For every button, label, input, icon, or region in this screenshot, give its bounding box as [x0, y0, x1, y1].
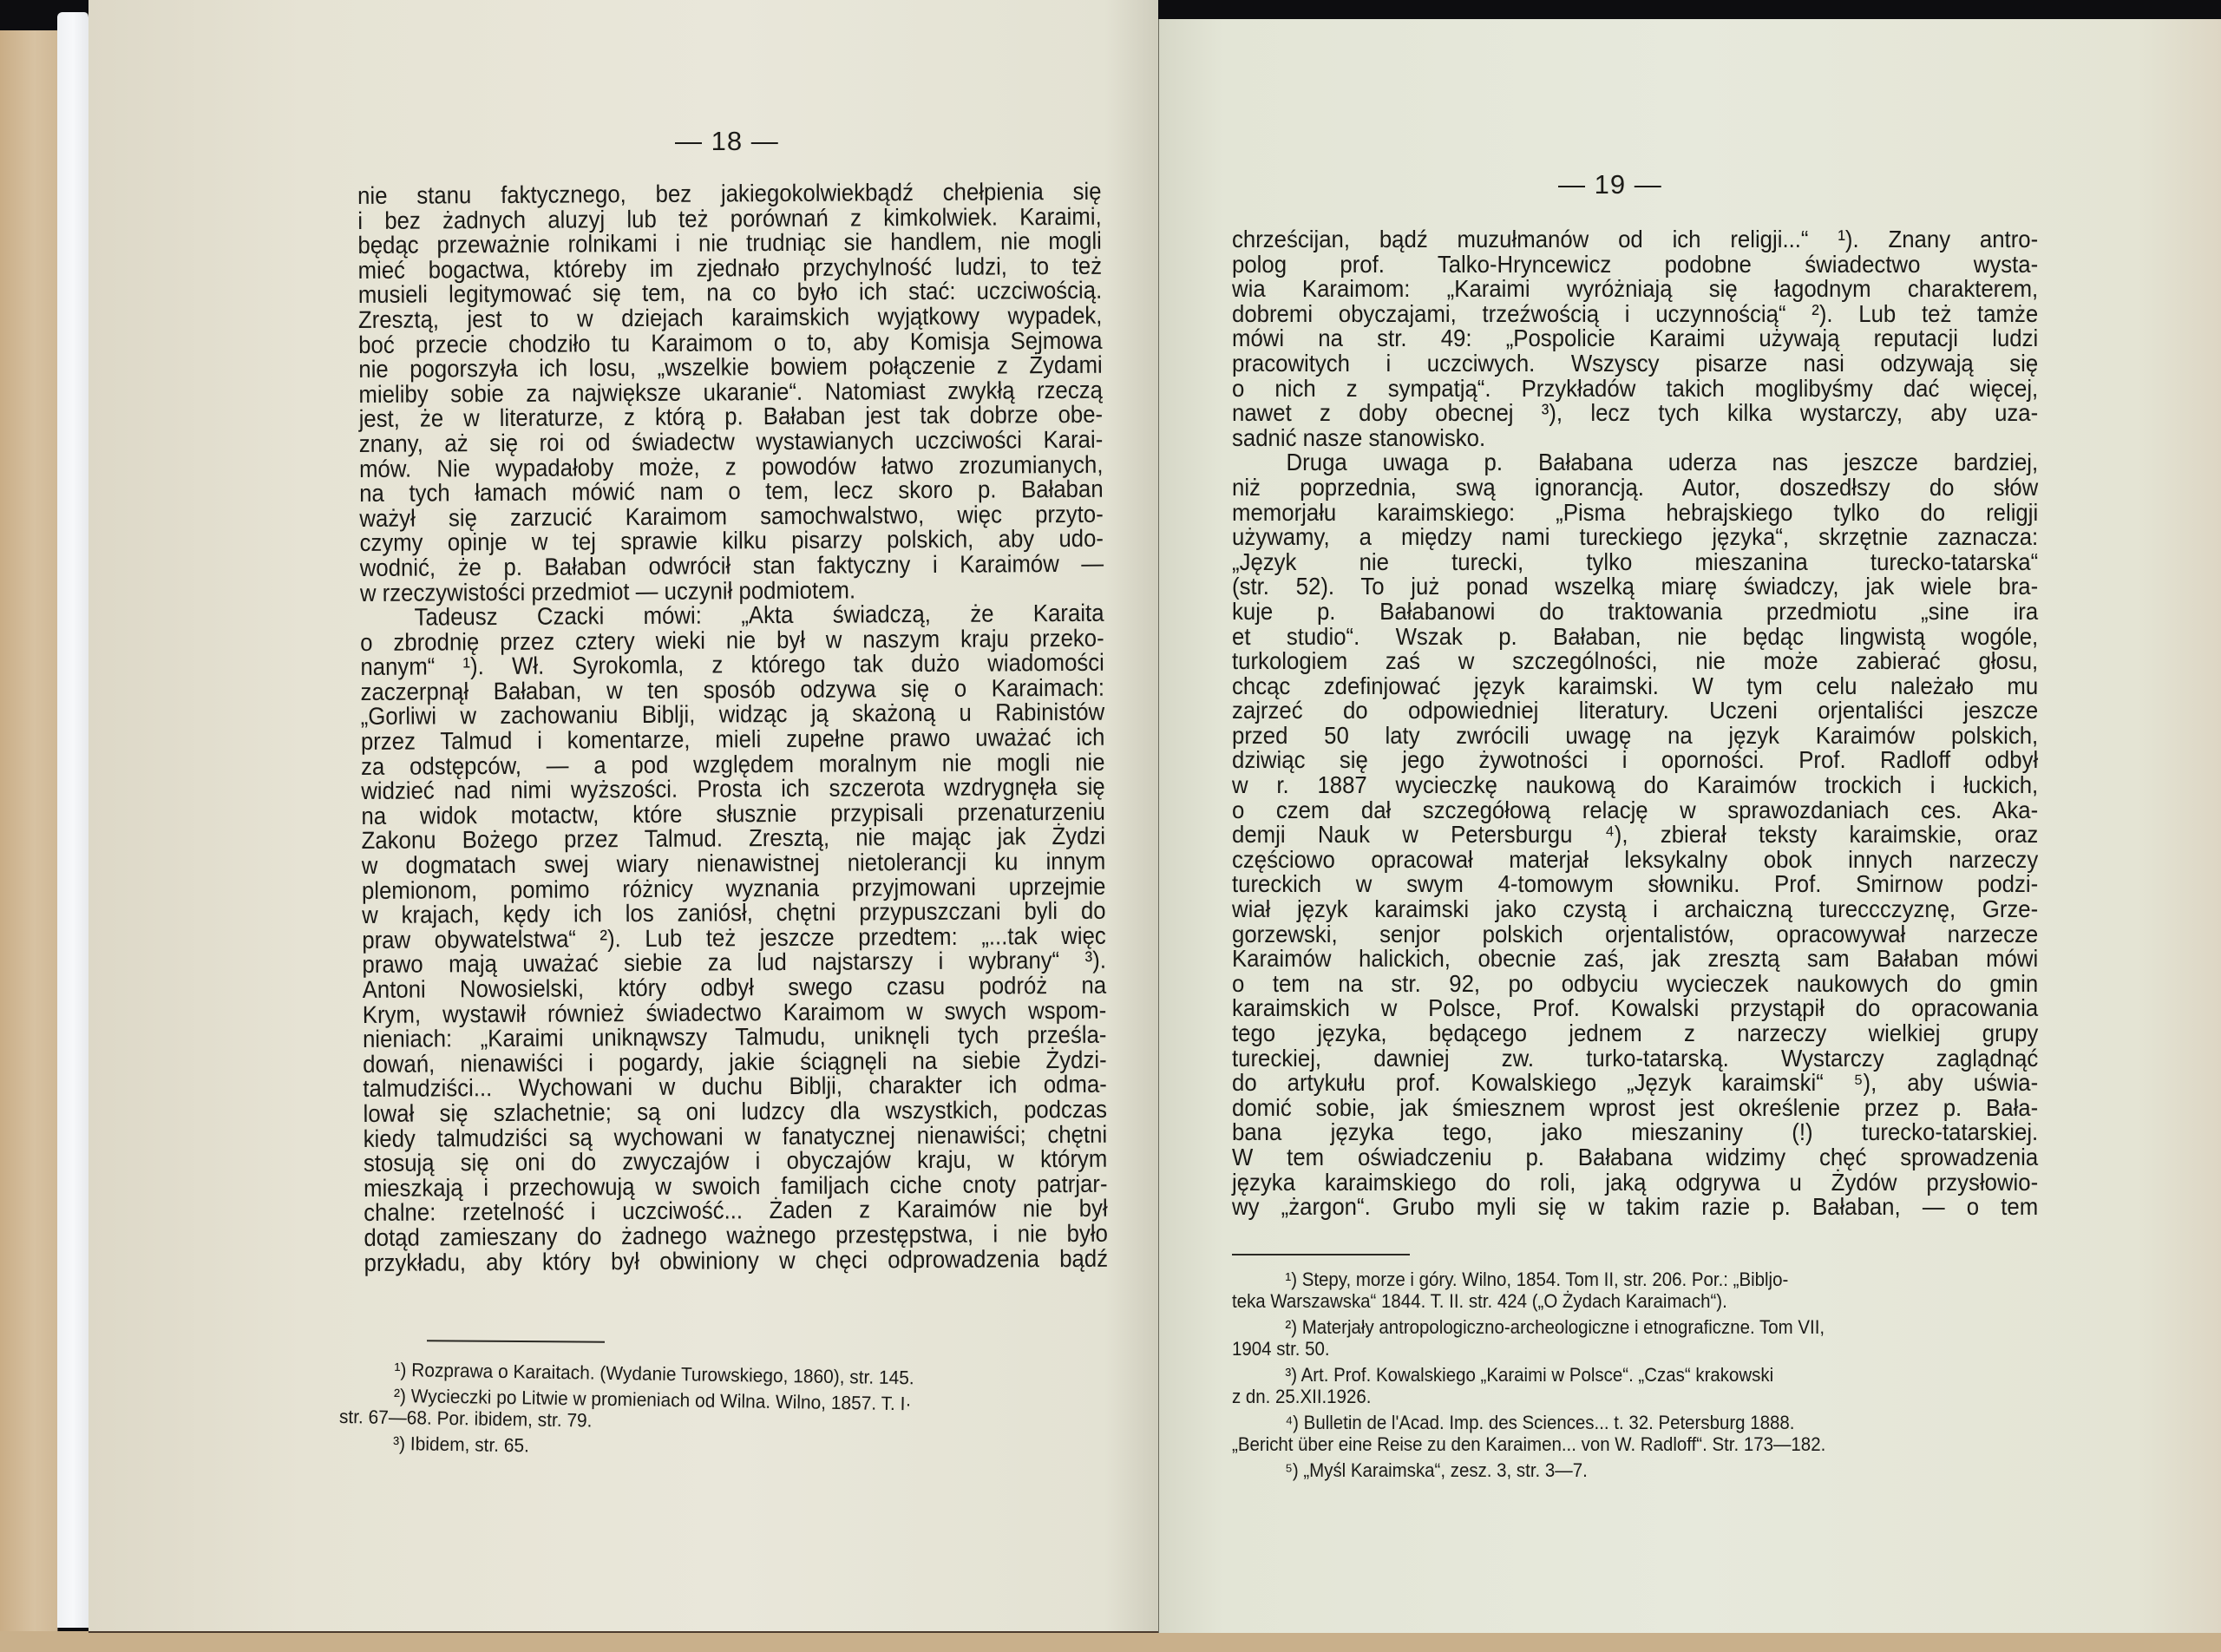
text-line: chcąc zdefinjować język karaimski. W tym… — [1232, 674, 2038, 699]
left-page-footnotes: ¹) Rozprawa o Karaitach. (Wydanie Turows… — [338, 1358, 1082, 1465]
book-spread: — 18 — nie stanu faktycznego, bez jakieg… — [0, 0, 2221, 1652]
text-line: Karaimów halickich, obecnie zaś, jak zre… — [1232, 947, 2038, 972]
footnote-text: Materjały antropologiczno-archeologiczne… — [1302, 1316, 1825, 1338]
text-line: w r. 1887 wycieczkę naukową do Karaimów … — [1232, 773, 2038, 798]
page-block-edge — [57, 12, 89, 1628]
footnote-text: Ibidem, str. 65. — [410, 1432, 529, 1456]
text-line: nawet z doby obecnej ³), lecz tych kilka… — [1232, 401, 2038, 426]
text-line: tego języka, będącego jednem z narzeczy … — [1232, 1021, 2038, 1046]
footnote-text: Stepy, morze i góry. Wilno, 1854. Tom II… — [1302, 1268, 1789, 1290]
left-page: — 18 — nie stanu faktycznego, bez jakieg… — [88, 0, 1158, 1633]
footnote-marker: ⁵) — [1285, 1459, 1303, 1481]
text-line: (str. 52). To już ponad wszelką miarę św… — [1232, 574, 2038, 600]
footnote-marker: ³) — [393, 1432, 410, 1454]
text-line: wia Karaimom: „Karaimi wyróżniają się ła… — [1232, 277, 2038, 302]
text-line: języka karaimskiego do roli, jaką odgryw… — [1232, 1170, 2038, 1196]
text-line: zajrzeć do odpowiedniej literatury. Ucze… — [1232, 698, 2038, 724]
footnote-line: ²) Materjały antropologiczno-archeologic… — [1232, 1316, 2039, 1338]
footnote-marker: ⁴) — [1285, 1412, 1303, 1433]
text-line: pracowitych i uczciwych. Wszyscy pisarze… — [1232, 351, 2038, 377]
footnote-line: z dn. 25.XII.1926. — [1232, 1386, 2039, 1407]
text-line: tureckich w swym 4-tomowym słowniku. Pro… — [1232, 872, 2038, 897]
text-line: dobremi obyczajami, trzeźwością i uczynn… — [1232, 302, 2038, 327]
footnote-marker: ³) — [1285, 1364, 1300, 1386]
footnote-text: z dn. 25.XII.1926. — [1232, 1386, 1371, 1407]
text-line: domić sobie, jak śmiesznem wprost jest o… — [1232, 1096, 2038, 1121]
footnote-marker: ¹) — [1285, 1268, 1301, 1290]
footnote-line: ⁴) Bulletin de l'Acad. Imp. des Sciences… — [1232, 1412, 2039, 1433]
footnote-line: „Bericht über eine Reise zu den Karaimen… — [1232, 1433, 2039, 1455]
book-cover-edge — [0, 30, 58, 1652]
text-line: turkologiem zaś w szczególności, nie moż… — [1232, 649, 2038, 674]
text-line: W tem oświadczeniu p. Bałabana widzimy c… — [1232, 1145, 2038, 1170]
text-line: bana języka tego, jako mieszaniny (!) tu… — [1232, 1120, 2038, 1145]
text-line: karaimskich w Polsce, Prof. Kowalski prz… — [1232, 996, 2038, 1021]
page-number-left: — 18 — — [675, 126, 779, 157]
text-line: o tem na str. 92, po odbyciu wycieczek n… — [1232, 972, 2038, 997]
right-page-body: chrześcijan, bądź muzułmanów od ich reli… — [1232, 227, 2038, 1220]
text-line: memorjału karaimskiego: „Pisma hebrajski… — [1232, 501, 2038, 526]
footnote-text: Art. Prof. Kowalskiego „Karaimi w Polsce… — [1301, 1364, 1774, 1386]
footnote-line: 1904 str. 50. — [1232, 1338, 2039, 1360]
cover-bottom-edge — [0, 1631, 2221, 1652]
text-line: przed 50 laty zwrócili uwagę na język Ka… — [1232, 724, 2038, 749]
right-page-footnotes: ¹) Stepy, morze i góry. Wilno, 1854. Tom… — [1232, 1268, 2039, 1481]
text-line: wiał język karaimski jako czystą i archa… — [1232, 897, 2038, 922]
footnote-text: Bulletin de l'Acad. Imp. des Sciences...… — [1304, 1412, 1795, 1433]
text-line: dziwiąc się jego żywotności i oporności.… — [1232, 748, 2038, 773]
text-line: niż poprzednia, swą ignorancją. Autor, d… — [1232, 475, 2038, 501]
text-line: „Język nie turecki, tylko mieszanina tur… — [1232, 550, 2038, 575]
footnote-text: str. 67—68. Por. ibidem, str. 79. — [339, 1406, 593, 1432]
text-line: używamy, a między nami tureckiego języka… — [1232, 525, 2038, 550]
text-line: do artykułu prof. Kowalskiego „Język kar… — [1232, 1071, 2038, 1096]
footnote-text: Rozprawa o Karaitach. (Wydanie Turowskie… — [411, 1359, 914, 1388]
footnote-separator-left — [427, 1340, 605, 1342]
footnote-line: ³) Art. Prof. Kowalskiego „Karaimi w Pol… — [1232, 1364, 2039, 1386]
footnote-separator-right — [1232, 1254, 1410, 1255]
text-line: przykładu, aby który był obwiniony w chę… — [364, 1246, 1109, 1275]
footnote-marker: ²) — [394, 1385, 411, 1406]
text-line: polog prof. Talko-Hryncewicz podobne świ… — [1232, 252, 2038, 278]
right-page: — 19 — chrześcijan, bądź muzułmanów od i… — [1158, 19, 2221, 1633]
text-line: częściowo opracował materjał leksykalny … — [1232, 848, 2038, 873]
footnote-marker: ¹) — [394, 1359, 411, 1380]
text-line: demji Nauk w Petersburgu ⁴), zbierał tek… — [1232, 823, 2038, 848]
footnote-text: teka Warszawska“ 1844. T. II. str. 424 (… — [1232, 1290, 1727, 1312]
text-line: mówi na str. 49: „Pospolicie Karaimi uży… — [1232, 326, 2038, 351]
text-line: wy „żargon“. Grubo myli się w takim razi… — [1232, 1195, 2038, 1220]
footnote-line: ⁵) „Myśl Karaimska“, zesz. 3, str. 3—7. — [1232, 1459, 2039, 1481]
text-line: o czem dał szczegółową relację w sprawoz… — [1232, 798, 2038, 823]
footnote-text: 1904 str. 50. — [1232, 1338, 1330, 1360]
footnote-line: teka Warszawska“ 1844. T. II. str. 424 (… — [1232, 1290, 2039, 1312]
footnote-marker: ²) — [1285, 1316, 1301, 1338]
text-line: et studio“. Wszak p. Bałaban, nie będąc … — [1232, 625, 2038, 650]
footnote-text: „Myśl Karaimska“, zesz. 3, str. 3—7. — [1303, 1459, 1587, 1481]
footnote-text: „Bericht über eine Reise zu den Karaimen… — [1232, 1433, 1825, 1455]
text-line: kuje p. Bałabanowi do traktowania przedm… — [1232, 600, 2038, 625]
footnote-line: ¹) Stepy, morze i góry. Wilno, 1854. Tom… — [1232, 1268, 2039, 1290]
text-line: tureckiej, dawniej zw. turko-tatarską. W… — [1232, 1046, 2038, 1072]
text-line: gorzewski, senjor polskich orjentalistów… — [1232, 922, 2038, 947]
page-number-right: — 19 — — [1558, 169, 1662, 200]
text-line: sadnić nasze stanowisko. — [1232, 426, 2038, 451]
text-line: Druga uwaga p. Bałabana uderza nas jeszc… — [1232, 450, 2038, 475]
text-line: o nich z sympatją“. Przykładów takich mo… — [1232, 377, 2038, 402]
text-line: chrześcijan, bądź muzułmanów od ich reli… — [1232, 227, 2038, 252]
left-page-body: nie stanu faktycznego, bez jakiegokolwie… — [357, 180, 1108, 1275]
